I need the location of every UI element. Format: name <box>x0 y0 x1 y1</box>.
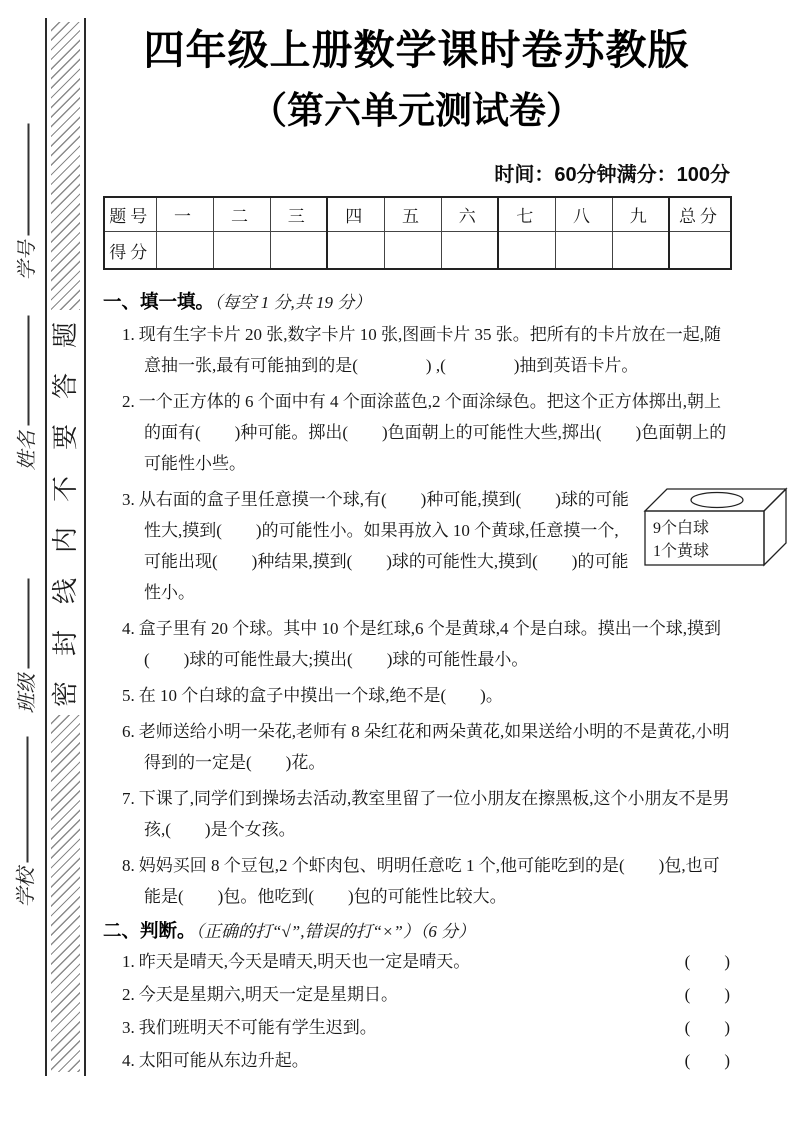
seal-char: 内 <box>53 527 79 553</box>
seal-char: 线 <box>53 578 79 604</box>
judge-answer-blank: ( ) <box>685 945 730 978</box>
judge-statement: 今天是星期六,明天一定是星期日。 <box>139 985 398 1004</box>
question-number: 7. <box>122 789 135 808</box>
score-cell-empty <box>327 232 384 270</box>
score-cell-empty <box>270 232 327 270</box>
student-id-label: 学号 <box>10 241 39 281</box>
sidebar-label-school: 学校 <box>7 735 41 910</box>
question-item: 7.下课了,同学们到操场去活动,教室里留了一位小朋友在擦黑板,这个小朋友不是男孩… <box>122 783 730 845</box>
question-number: 2. <box>122 392 135 411</box>
seal-hatch-bottom <box>51 715 80 1072</box>
section2-title: 二、判断。 <box>103 920 196 941</box>
judge-number: 2. <box>122 985 135 1004</box>
score-col-2: 二 <box>213 197 270 232</box>
question-item: 5.在 10 个白球的盒子中摸出一个球,绝不是( )。 <box>122 680 730 711</box>
score-cell-empty <box>669 232 731 270</box>
judge-item: 2.今天是星期六,明天一定是星期日。 ( ) <box>122 978 730 1011</box>
judge-statement: 昨天是晴天,今天是晴天,明天也一定是晴天。 <box>139 952 471 971</box>
question-text: 下课了,同学们到操场去活动,教室里留了一位小朋友在擦黑板,这个小朋友不是男孩,(… <box>139 789 730 839</box>
box-label-line2: 1个黄球 <box>653 541 709 560</box>
seal-line-band: 题 答 要 不 内 线 封 密 <box>45 18 86 1076</box>
seal-char: 题 <box>53 322 79 348</box>
question-item: 8.妈妈买回 8 个豆包,2 个虾肉包、明明任意吃 1 个,他可能吃到的是( )… <box>122 850 730 912</box>
judge-number: 1. <box>122 952 135 971</box>
score-row-label: 得分 <box>104 232 156 270</box>
section2-note: （正确的打“√”,错误的打“×”）（6 分） <box>196 922 476 941</box>
paper-subtitle: （第六单元测试卷） <box>103 87 730 135</box>
box-hole <box>691 493 743 508</box>
seal-char: 密 <box>53 681 79 707</box>
score-cell-empty <box>612 232 669 270</box>
ball-box-figure: 9个白球 1个黄球 <box>642 486 792 570</box>
score-cell-empty <box>555 232 612 270</box>
score-table: 题号 一 二 三 四 五 六 七 八 九 总分 得分 <box>103 196 732 270</box>
score-col-total: 总分 <box>669 197 731 232</box>
score-col-3: 三 <box>270 197 327 232</box>
judge-item: 4.太阳可能从东边升起。 ( ) <box>122 1044 730 1077</box>
name-blank-line <box>26 316 29 426</box>
sidebar-label-student-id: 学号 <box>8 115 42 290</box>
seal-char: 答 <box>53 373 79 399</box>
paper-content: 四年级上册数学课时卷苏教版 （第六单元测试卷） 时间：60分钟满分：100分 题… <box>103 0 730 1077</box>
question-text: 老师送给小明一朵花,老师有 8 朵红花和两朵黄花,如果送给小明的不是黄花,小明得… <box>139 722 730 772</box>
question-item: 6.老师送给小明一朵花,老师有 8 朵红花和两朵黄花,如果送给小明的不是黄花,小… <box>122 716 730 778</box>
score-cell-empty <box>498 232 555 270</box>
paper-title: 四年级上册数学课时卷苏教版 <box>103 25 730 75</box>
judge-answer-blank: ( ) <box>685 978 730 1011</box>
question-text: 从右面的盒子里任意摸一个球,有( )种可能,摸到( )球的可能性大,摸到( )的… <box>139 490 629 602</box>
question-item: 2.一个正方体的 6 个面中有 4 个面涂蓝色,2 个面涂绿色。把这个正方体掷出… <box>122 386 730 479</box>
judge-answer-blank: ( ) <box>685 1044 730 1077</box>
question-number: 5. <box>122 686 135 705</box>
judge-statement: 我们班明天不可能有学生迟到。 <box>139 1018 377 1037</box>
section2-heading: 二、判断。（正确的打“√”,错误的打“×”）（6 分） <box>103 918 730 945</box>
judge-answer-blank: ( ) <box>685 1011 730 1044</box>
question-text: 在 10 个白球的盒子中摸出一个球,绝不是( )。 <box>139 686 503 705</box>
sidebar-label-class: 班级 <box>8 559 42 734</box>
time-score-info: 时间：60分钟满分：100分 <box>103 163 730 187</box>
sidebar-label-name: 姓名 <box>8 306 42 481</box>
question-text: 妈妈买回 8 个豆包,2 个虾肉包、明明任意吃 1 个,他可能吃到的是( )包,… <box>139 856 720 906</box>
score-col-4: 四 <box>327 197 384 232</box>
name-label: 姓名 <box>10 431 39 471</box>
student-id-blank-line <box>26 124 29 236</box>
judge-text: 1.昨天是晴天,今天是晴天,明天也一定是晴天。 <box>122 945 470 978</box>
question-item: 1.现有生字卡片 20 张,数字卡片 10 张,图画卡片 35 张。把所有的卡片… <box>122 319 730 381</box>
score-cell-empty <box>156 232 213 270</box>
seal-hatch-top <box>51 22 80 310</box>
judge-statement: 太阳可能从东边升起。 <box>139 1051 309 1070</box>
section1-title: 一、填一填。 <box>103 291 214 312</box>
judge-item: 3.我们班明天不可能有学生迟到。 ( ) <box>122 1011 730 1044</box>
seal-char: 要 <box>53 424 79 450</box>
score-col-9: 九 <box>612 197 669 232</box>
question-text: 一个正方体的 6 个面中有 4 个面涂蓝色,2 个面涂绿色。把这个正方体掷出,朝… <box>139 392 726 473</box>
score-cell-empty <box>441 232 498 270</box>
judge-number: 3. <box>122 1018 135 1037</box>
question-item: 9个白球 1个黄球 3.从右面的盒子里任意摸一个球,有( )种可能,摸到( )球… <box>122 484 730 608</box>
question-number: 6. <box>122 722 135 741</box>
question-number: 1. <box>122 325 135 344</box>
score-cell-empty <box>384 232 441 270</box>
score-table-corner: 题号 <box>104 197 156 232</box>
judge-number: 4. <box>122 1051 135 1070</box>
class-label: 班级 <box>10 674 39 714</box>
score-cell-empty <box>213 232 270 270</box>
score-col-5: 五 <box>384 197 441 232</box>
question-text: 现有生字卡片 20 张,数字卡片 10 张,图画卡片 35 张。把所有的卡片放在… <box>139 325 721 375</box>
score-col-8: 八 <box>555 197 612 232</box>
box-label-line1: 9个白球 <box>653 519 709 537</box>
judge-item: 1.昨天是晴天,今天是晴天,明天也一定是晴天。 ( ) <box>122 945 730 978</box>
seal-char: 封 <box>53 630 79 656</box>
score-col-1: 一 <box>156 197 213 232</box>
judge-text: 3.我们班明天不可能有学生迟到。 <box>122 1011 377 1044</box>
question-number: 8. <box>122 856 135 875</box>
test-paper-page: 学号 姓名 班级 学校 题 答 要 不 内 线 封 密 四年级上册数学课时卷苏教… <box>0 0 793 1122</box>
seal-char: 不 <box>53 476 79 502</box>
question-text: 盒子里有 20 个球。其中 10 个是红球,6 个是黄球,4 个是白球。摸出一个… <box>139 619 721 669</box>
section1-heading: 一、填一填。（每空 1 分,共 19 分） <box>103 289 730 316</box>
school-blank-line <box>25 737 28 863</box>
question-number: 4. <box>122 619 135 638</box>
class-blank-line <box>26 579 29 669</box>
box-right-face <box>764 489 786 565</box>
score-col-7: 七 <box>498 197 555 232</box>
question-number: 3. <box>122 490 135 509</box>
section1-note: （每空 1 分,共 19 分） <box>214 293 371 312</box>
judge-text: 2.今天是星期六,明天一定是星期日。 <box>122 978 398 1011</box>
judge-text: 4.太阳可能从东边升起。 <box>122 1044 309 1077</box>
question-item: 4.盒子里有 20 个球。其中 10 个是红球,6 个是黄球,4 个是白球。摸出… <box>122 613 730 675</box>
score-col-6: 六 <box>441 197 498 232</box>
school-label: 学校 <box>9 868 38 908</box>
